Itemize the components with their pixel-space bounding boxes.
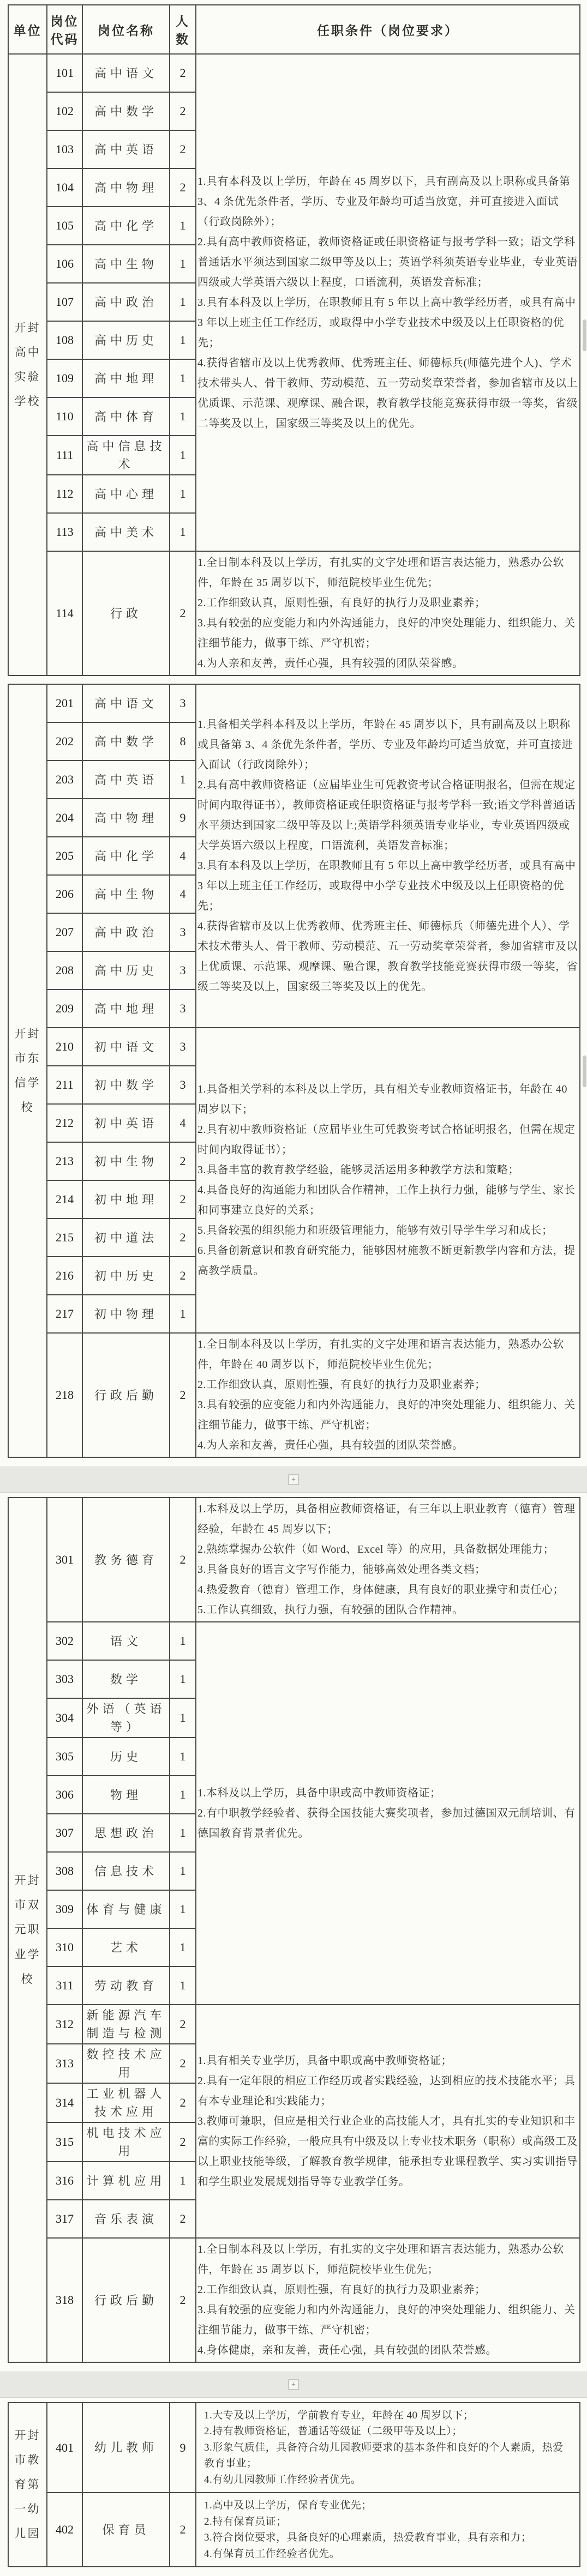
position-code: 101: [47, 54, 82, 92]
document-page-1: 单位 岗位代码 岗位名称 人数 任职条件（岗位要求） 开封高中实验学校101高中…: [0, 0, 587, 1467]
position-code: 401: [47, 2403, 82, 2493]
position-code: 216: [47, 1257, 82, 1295]
position-count: 3: [170, 1028, 196, 1066]
position-name: 教务德育: [82, 1498, 170, 1622]
position-count: 1: [170, 513, 196, 551]
requirements-cell: 1.大专及以上学历，学前教育专业，年龄在 40 周岁以下； 2.持有教师资格证，…: [196, 2403, 580, 2493]
position-code: 209: [47, 990, 82, 1028]
position-name: 高中历史: [82, 321, 170, 359]
document-page-2: 开封市双元职业学校301教务德育21.本科及以上学历，具备相应教师资格证，有三年…: [0, 1493, 587, 2372]
requirements-cell: 1.具有本科及以上学历，年龄在 45 周岁以下，具有副高及以上职称或具备第 3、…: [196, 54, 580, 551]
position-count: 1: [170, 1776, 196, 1814]
position-code: 208: [47, 951, 82, 990]
position-name: 思想政治: [82, 1814, 170, 1852]
position-count: 1: [170, 245, 196, 283]
position-code: 113: [47, 513, 82, 551]
position-name: 信息技术: [82, 1852, 170, 1890]
position-code: 317: [47, 2200, 82, 2238]
position-count: 1: [170, 1890, 196, 1928]
position-name: 高中物理: [82, 168, 170, 207]
position-count: 3: [170, 684, 196, 722]
position-name: 劳动教育: [82, 1966, 170, 2005]
position-count: 1: [170, 475, 196, 513]
position-count: 1: [170, 397, 196, 436]
scrollbar-thumb[interactable]: [583, 319, 586, 351]
position-count: 2: [170, 2493, 196, 2567]
position-code: 303: [47, 1660, 82, 1698]
header-row: 单位 岗位代码 岗位名称 人数 任职条件（岗位要求）: [8, 5, 580, 54]
position-code: 212: [47, 1104, 82, 1142]
position-count: 1: [170, 2162, 196, 2200]
position-name: 高中化学: [82, 207, 170, 245]
position-code: 315: [47, 2122, 82, 2162]
position-name: 历史: [82, 1738, 170, 1776]
position-count: 4: [170, 1104, 196, 1142]
position-count: 1: [170, 1814, 196, 1852]
requirements-cell: 1.具有相关专业学历，具备中职或高中教师资格证； 2.具有一定年限的相应工作经历…: [196, 2005, 580, 2238]
position-count: 8: [170, 722, 196, 761]
position-name: 初中生物: [82, 1142, 170, 1180]
page-break: +: [0, 1467, 587, 1493]
position-code: 308: [47, 1852, 82, 1890]
position-code: 204: [47, 799, 82, 837]
position-count: 1: [170, 1622, 196, 1660]
position-code: 105: [47, 207, 82, 245]
position-count: 1: [170, 1966, 196, 2005]
position-code: 112: [47, 475, 82, 513]
position-name: 高中英语: [82, 130, 170, 168]
position-name: 高中生物: [82, 875, 170, 913]
position-count: 2: [170, 2005, 196, 2044]
position-count: 4: [170, 837, 196, 875]
table-spacer: [8, 676, 579, 684]
position-code: 107: [47, 283, 82, 321]
unit-name: 开封市东信学校: [8, 684, 47, 1457]
position-name: 体育与健康: [82, 1890, 170, 1928]
positions-table-dongxin: 开封市东信学校201高中语文31.具备相关学科本科及以上学历，年龄在 45 周岁…: [8, 684, 580, 1458]
position-code: 109: [47, 359, 82, 397]
col-header-unit: 单位: [8, 5, 47, 54]
position-count: 1: [170, 1660, 196, 1698]
position-name: 高中政治: [82, 913, 170, 951]
requirements-cell: 1.具备相关学科本科及以上学历，年龄在 45 周岁以下，具有副高及以上职称或具备…: [196, 684, 580, 1028]
document-page-3: 开封市教育第一幼儿园401幼儿教师91.大专及以上学历，学前教育专业，年龄在 4…: [0, 2398, 587, 2576]
position-code: 214: [47, 1180, 82, 1218]
position-name: 高中政治: [82, 283, 170, 321]
position-count: 1: [170, 283, 196, 321]
table-row: 402保育员21.高中及以上学历，保育专业优先； 2.持有保育员证； 3.符合岗…: [8, 2493, 580, 2567]
table-row: 312新能源汽车制造与检测21.具有相关专业学历，具备中职或高中教师资格证； 2…: [8, 2005, 580, 2044]
position-code: 318: [47, 2238, 82, 2362]
table-row: 218行政后勤21.全日制本科及以上学历，有扎实的文字处理和语言表达能力，熟悉办…: [8, 1333, 580, 1457]
position-count: 3: [170, 990, 196, 1028]
positions-table-shuangyuan-vocational: 开封市双元职业学校301教务德育21.本科及以上学历，具备相应教师资格证，有三年…: [8, 1497, 580, 2363]
position-count: 2: [170, 551, 196, 675]
position-name: 初中数学: [82, 1066, 170, 1104]
position-name: 数学: [82, 1660, 170, 1698]
position-code: 316: [47, 2162, 82, 2200]
position-code: 309: [47, 1890, 82, 1928]
position-name: 高中生物: [82, 245, 170, 283]
position-count: 1: [170, 761, 196, 799]
position-code: 104: [47, 168, 82, 207]
position-count: 4: [170, 875, 196, 913]
position-code: 217: [47, 1295, 82, 1333]
position-code: 205: [47, 837, 82, 875]
table-row: 114行政21.全日制本科及以上学历，有扎实的文字处理和语言表达能力，熟悉办公软…: [8, 551, 580, 675]
position-code: 306: [47, 1776, 82, 1814]
position-name: 工业机器人技术应用: [82, 2083, 170, 2122]
position-name: 高中信息技术: [82, 436, 170, 475]
position-name: 高中物理: [82, 799, 170, 837]
position-code: 211: [47, 1066, 82, 1104]
position-name: 高中数学: [82, 92, 170, 130]
requirements-cell: 1.本科及以上学历，具备中职或高中教师资格证； 2.有中职教学经验者、获得全国技…: [196, 1622, 580, 2005]
position-code: 313: [47, 2044, 82, 2083]
position-name: 初中语文: [82, 1028, 170, 1066]
position-name: 行政后勤: [82, 1333, 170, 1457]
position-name: 高中化学: [82, 837, 170, 875]
col-header-code: 岗位代码: [47, 5, 82, 54]
position-count: 2: [170, 2200, 196, 2238]
scrollbar-thumb[interactable]: [583, 1055, 586, 1087]
position-name: 高中语文: [82, 54, 170, 92]
position-code: 307: [47, 1814, 82, 1852]
position-count: 1: [170, 359, 196, 397]
position-code: 103: [47, 130, 82, 168]
requirements-cell: 1.高中及以上学历，保育专业优先； 2.持有保育员证； 3.符合岗位要求，具备良…: [196, 2493, 580, 2567]
position-name: 数控技术应用: [82, 2044, 170, 2083]
position-name: 高中美术: [82, 513, 170, 551]
position-count: 3: [170, 913, 196, 951]
position-code: 206: [47, 875, 82, 913]
position-code: 302: [47, 1622, 82, 1660]
position-name: 高中地理: [82, 359, 170, 397]
position-name: 音乐表演: [82, 2200, 170, 2238]
position-count: 9: [170, 799, 196, 837]
position-count: 9: [170, 2403, 196, 2493]
position-name: 高中心理: [82, 475, 170, 513]
page-break: +: [0, 2372, 587, 2398]
table-row: 开封高中实验学校101高中语文21.具有本科及以上学历，年龄在 45 周岁以下，…: [8, 54, 580, 92]
unit-name: 开封高中实验学校: [8, 54, 47, 675]
col-header-requirements: 任职条件（岗位要求）: [196, 5, 580, 54]
position-code: 111: [47, 436, 82, 475]
table-resize-handle-icon[interactable]: +: [289, 2380, 299, 2390]
position-count: 2: [170, 168, 196, 207]
table-row: 开封市东信学校201高中语文31.具备相关学科本科及以上学历，年龄在 45 周岁…: [8, 684, 580, 722]
position-code: 312: [47, 2005, 82, 2044]
position-count: 1: [170, 1852, 196, 1890]
position-code: 201: [47, 684, 82, 722]
position-code: 213: [47, 1142, 82, 1180]
position-name: 高中英语: [82, 761, 170, 799]
position-code: 311: [47, 1966, 82, 2005]
position-count: 2: [170, 1180, 196, 1218]
position-count: 1: [170, 436, 196, 475]
position-count: 2: [170, 2083, 196, 2122]
position-code: 301: [47, 1498, 82, 1622]
position-code: 203: [47, 761, 82, 799]
position-count: 1: [170, 1295, 196, 1333]
position-name: 初中历史: [82, 1257, 170, 1295]
position-code: 305: [47, 1738, 82, 1776]
position-count: 1: [170, 1738, 196, 1776]
requirements-cell: 1.本科及以上学历，具备相应教师资格证，有三年以上职业教育（德育）管理经验，年龄…: [196, 1498, 580, 1622]
table-row: 210初中语文31.具备相关学科的本科及以上学历，具有相关专业教师资格证书，年龄…: [8, 1028, 580, 1066]
position-name: 新能源汽车制造与检测: [82, 2005, 170, 2044]
position-name: 计算机应用: [82, 2162, 170, 2200]
position-count: 2: [170, 1142, 196, 1180]
position-count: 2: [170, 54, 196, 92]
position-name: 外语（英语等）: [82, 1698, 170, 1738]
position-code: 106: [47, 245, 82, 283]
position-count: 2: [170, 130, 196, 168]
table-row: 302语文11.本科及以上学历，具备中职或高中教师资格证； 2.有中职教学经验者…: [8, 1622, 580, 1660]
position-name: 高中数学: [82, 722, 170, 761]
table-row: 318行政后勤21.全日制本科及以上学历，有扎实的文字处理和语言表达能力，熟悉办…: [8, 2238, 580, 2362]
position-code: 102: [47, 92, 82, 130]
table-resize-handle-icon[interactable]: +: [289, 1475, 299, 1485]
position-code: 304: [47, 1698, 82, 1738]
table-row: 开封市双元职业学校301教务德育21.本科及以上学历，具备相应教师资格证，有三年…: [8, 1498, 580, 1622]
position-count: 2: [170, 1333, 196, 1457]
position-count: 2: [170, 1218, 196, 1257]
position-name: 语文: [82, 1622, 170, 1660]
position-count: 1: [170, 1698, 196, 1738]
position-count: 1: [170, 321, 196, 359]
position-name: 初中英语: [82, 1104, 170, 1142]
position-name: 初中道法: [82, 1218, 170, 1257]
position-code: 202: [47, 722, 82, 761]
position-name: 高中体育: [82, 397, 170, 436]
requirements-cell: 1.全日制本科及以上学历，有扎实的文字处理和语言表达能力，熟悉办公软件，年龄在 …: [196, 1333, 580, 1457]
position-code: 114: [47, 551, 82, 675]
position-count: 2: [170, 92, 196, 130]
unit-name: 开封市教育第一幼儿园: [8, 2403, 47, 2567]
position-name: 艺术: [82, 1928, 170, 1966]
position-code: 215: [47, 1218, 82, 1257]
position-name: 高中历史: [82, 951, 170, 990]
col-header-count: 人数: [170, 5, 196, 54]
position-code: 218: [47, 1333, 82, 1457]
unit-name: 开封市双元职业学校: [8, 1498, 47, 2362]
position-code: 110: [47, 397, 82, 436]
position-count: 2: [170, 1257, 196, 1295]
position-name: 行政后勤: [82, 2238, 170, 2362]
position-count: 1: [170, 207, 196, 245]
requirements-cell: 1.具备相关学科的本科及以上学历，具有相关专业教师资格证书，年龄在 40 周岁以…: [196, 1028, 580, 1333]
position-count: 2: [170, 2044, 196, 2083]
position-name: 初中地理: [82, 1180, 170, 1218]
position-count: 3: [170, 951, 196, 990]
positions-table-kindergarten: 开封市教育第一幼儿园401幼儿教师91.大专及以上学历，学前教育专业，年龄在 4…: [8, 2402, 580, 2567]
positions-table-kaifeng-experimental: 单位 岗位代码 岗位名称 人数 任职条件（岗位要求） 开封高中实验学校101高中…: [8, 4, 580, 676]
position-count: 2: [170, 2122, 196, 2162]
position-name: 机电技术应用: [82, 2122, 170, 2162]
position-count: 3: [170, 1066, 196, 1104]
table-row: 开封市教育第一幼儿园401幼儿教师91.大专及以上学历，学前教育专业，年龄在 4…: [8, 2403, 580, 2493]
position-name: 初中物理: [82, 1295, 170, 1333]
position-code: 402: [47, 2493, 82, 2567]
position-code: 314: [47, 2083, 82, 2122]
position-count: 2: [170, 2238, 196, 2362]
position-name: 幼儿教师: [82, 2403, 170, 2493]
position-name: 高中语文: [82, 684, 170, 722]
position-name: 物理: [82, 1776, 170, 1814]
position-count: 1: [170, 1928, 196, 1966]
requirements-cell: 1.全日制本科及以上学历，有扎实的文字处理和语言表达能力，熟悉办公软件，年龄在 …: [196, 551, 580, 675]
col-header-position: 岗位名称: [82, 5, 170, 54]
position-name: 保育员: [82, 2493, 170, 2567]
position-code: 108: [47, 321, 82, 359]
position-code: 207: [47, 913, 82, 951]
position-code: 310: [47, 1928, 82, 1966]
requirements-cell: 1.全日制本科及以上学历，有扎实的文字处理和语言表达能力，熟悉办公软件，年龄在 …: [196, 2238, 580, 2362]
position-name: 高中地理: [82, 990, 170, 1028]
position-code: 210: [47, 1028, 82, 1066]
position-name: 行政: [82, 551, 170, 675]
position-count: 2: [170, 1498, 196, 1622]
